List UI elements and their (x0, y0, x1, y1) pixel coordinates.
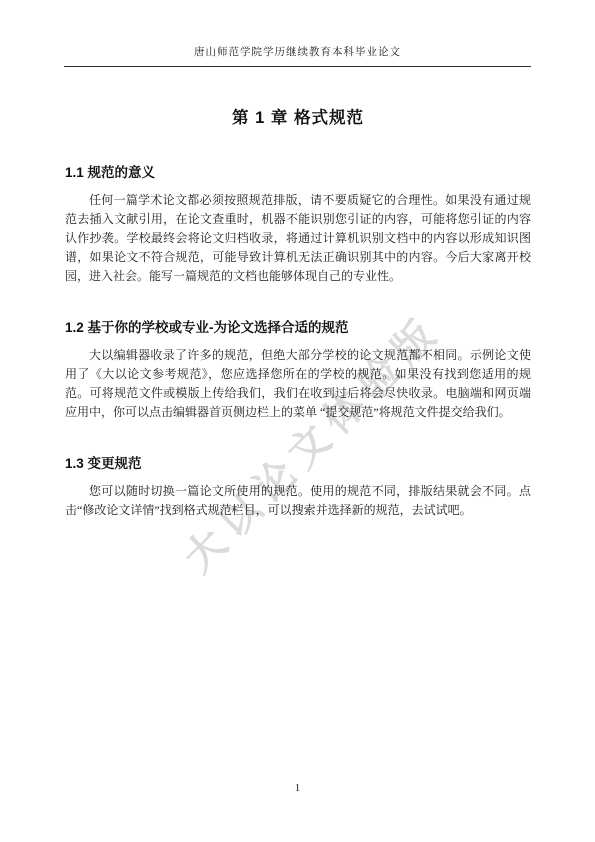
page-footer: 1 (0, 778, 595, 796)
page-number: 1 (295, 782, 301, 794)
document-page: 大以论文体验版 唐山师范学院学历继续教育本科毕业论文 第 1 章 格式规范 1.… (0, 0, 595, 842)
page-header: 唐山师范学院学历继续教育本科毕业论文 (64, 44, 531, 67)
running-head: 唐山师范学院学历继续教育本科毕业论文 (64, 44, 531, 59)
section-1-3-paragraph: 您可以随时切换一篇论文所使用的规范。使用的规范不同，排版结果就会不同。点击“修改… (65, 482, 531, 520)
section-heading-1-3: 1.3 变更规范 (65, 452, 531, 472)
section-heading-1-1: 1.1 规范的意义 (65, 161, 531, 181)
chapter-title: 第 1 章 格式规范 (65, 104, 531, 128)
section-heading-1-2: 1.2 基于你的学校或专业-为论文选择合适的规范 (65, 316, 531, 336)
document-content: 第 1 章 格式规范 1.1 规范的意义 任何一篇学术论文都必须按照规范排版，请… (65, 66, 531, 520)
section-1-1-paragraph: 任何一篇学术论文都必须按照规范排版，请不要质疑它的合理性。如果没有通过规范去插入… (65, 191, 531, 286)
section-1-2-paragraph: 大以编辑器收录了许多的规范，但绝大部分学校的论文规范都不相同。示例论文使用了《大… (65, 346, 531, 422)
